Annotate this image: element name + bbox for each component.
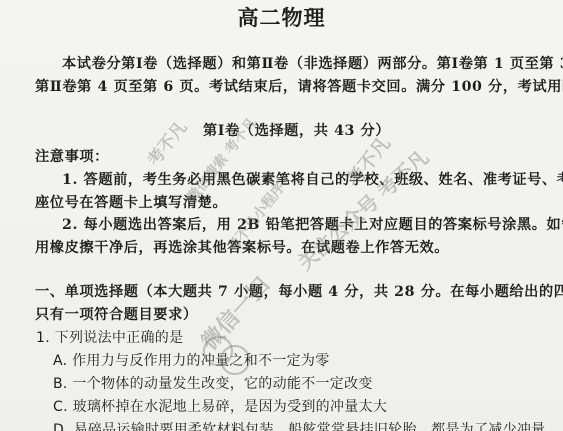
- intro-line-1: 本试卷分第Ⅰ卷（选择题）和第Ⅱ卷（非选择题）两部分。第Ⅰ卷第 1 页至第 3 页…: [62, 53, 563, 73]
- question-1-stem: 1. 下列说法中正确的是: [36, 327, 183, 347]
- intro-line-2: 第Ⅱ卷第 4 页至第 6 页。考试结束后，请将答题卡交回。满分 100 分，考试…: [35, 76, 563, 96]
- exam-page: 高二物理 本试卷分第Ⅰ卷（选择题）和第Ⅱ卷（非选择题）两部分。第Ⅰ卷第 1 页至…: [0, 0, 563, 431]
- part1-heading-line-1: 一、单项选择题（本大题共 7 小题，每小题 4 分，共 28 分。在每小题给出的…: [35, 281, 563, 301]
- part1-heading-line-2: 只有一项符合题目要求）: [35, 304, 198, 324]
- note-1-line-2: 座位号在答题卡上填写清楚。: [35, 192, 227, 212]
- page-title: 高二物理: [0, 2, 563, 32]
- notes-heading: 注意事项：: [35, 146, 109, 166]
- section-title: 第Ⅰ卷（选择题，共 43 分）: [203, 120, 390, 140]
- question-1-option-b: B. 一个物体的动量发生改变，它的动能不一定改变: [53, 373, 373, 393]
- question-1-option-c: C. 玻璃杯掉在水泥地上易碎，是因为受到的冲量太大: [53, 396, 387, 416]
- question-1-option-d: D. 易碎品运输时要用柔软材料包装，船舷常常悬挂旧轮胎，都是为了减少冲量: [53, 419, 545, 431]
- note-2-line-2: 用橡皮擦干净后，再选涂其他答案标号。在试题卷上作答无效。: [35, 237, 449, 257]
- watermark-text: 考不凡: [140, 115, 191, 171]
- question-1-option-a: A. 作用力与反作用力的冲量之和不一定为零: [53, 350, 330, 370]
- note-2-line-1: 2. 每小题选出答案后，用 2B 铅笔把答题卡上对应题目的答案标号涂黑。如需改动…: [62, 214, 563, 234]
- note-1-line-1: 1. 答题前，考生务必用黑色碳素笔将自己的学校、班级、姓名、准考证号、考场号、: [62, 169, 563, 189]
- watermark-circle-icon: [220, 345, 250, 375]
